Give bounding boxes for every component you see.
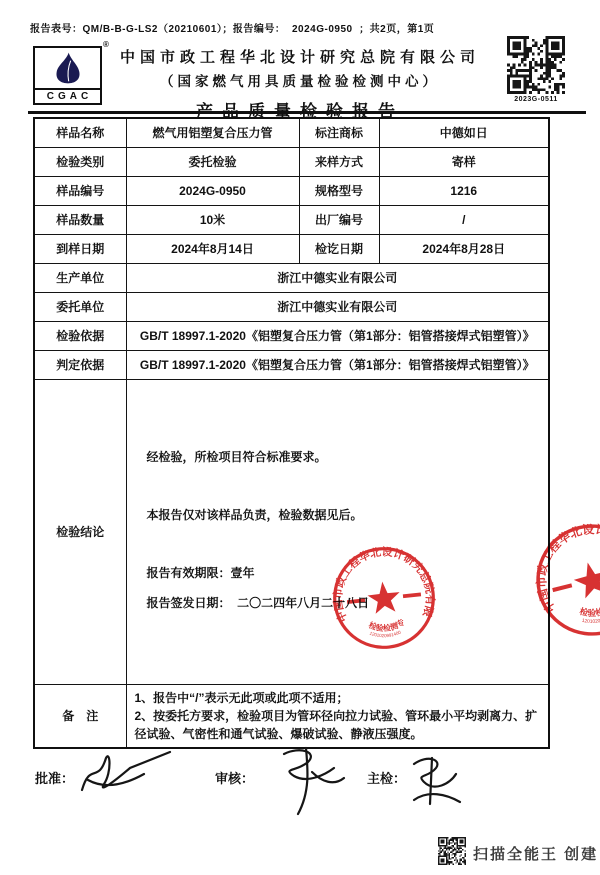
table-row: 样品数量 10米 出厂编号 /: [34, 205, 549, 234]
field-value: 2024年8月28日: [379, 234, 549, 263]
conclusion-scope: 本报告仅对该样品负责，检验数据见后。: [147, 506, 363, 523]
report-form-number-line: 报告表号：QM/B-B-G-LS2（20210601）；报告编号： 2024G-…: [30, 20, 434, 35]
table-row: 检验类别 委托检验 来样方式 寄样: [34, 147, 549, 176]
inspection-report-table: 样品名称 燃气用铝塑复合压力管 标注商标 中德如日 检验类别 委托检验 来样方式…: [33, 117, 550, 749]
camscanner-icon: [438, 837, 466, 865]
approve-signature: [78, 748, 178, 803]
field-label: 规格型号: [299, 176, 379, 205]
table-row: 委托单位 浙江中德实业有限公司: [34, 292, 549, 321]
star-icon: [571, 558, 600, 600]
field-value: /: [379, 205, 549, 234]
remark-note-2: 2、按委托方要求，检验项目为管环径向拉力试验、管环最小平均剥离力、扩径试验、气密…: [135, 707, 541, 743]
field-label: 来样方式: [299, 147, 379, 176]
field-label: 委托单位: [34, 292, 126, 321]
field-label: 样品数量: [34, 205, 126, 234]
field-label: 出厂编号: [299, 205, 379, 234]
inspect-label: 主检：: [367, 768, 406, 787]
review-signature: [268, 744, 356, 819]
official-seal: 中国市政工程华北设计研究总院有限公司 检验检测专用章 1201020991400: [326, 540, 442, 656]
field-label: 判定依据: [34, 350, 126, 379]
field-value: 中德如日: [379, 118, 549, 147]
field-value: 浙江中德实业有限公司: [126, 292, 549, 321]
conclusion-statement: 经检验，所检项目符合标准要求。: [147, 448, 327, 465]
cgac-logo: CGAC: [33, 46, 102, 105]
field-value: GB/T 18997.1-2020《铝塑复合压力管（第1部分：铝管搭接焊式铝塑管…: [126, 350, 549, 379]
header-divider-rule: [28, 111, 586, 114]
field-value: 浙江中德实业有限公司: [126, 263, 549, 292]
table-row: 到样日期 2024年8月14日 检讫日期 2024年8月28日: [34, 234, 549, 263]
remark-cell: 1、报告中“/”表示无此项或此项不适用； 2、按委托方要求，检验项目为管环径向拉…: [126, 684, 549, 748]
scanned-report-page: 报告表号：QM/B-B-G-LS2（20210601）；报告编号： 2024G-…: [0, 0, 600, 875]
field-label: 生产单位: [34, 263, 126, 292]
field-label: 标注商标: [299, 118, 379, 147]
field-value: 委托检验: [126, 147, 299, 176]
field-label: 样品名称: [34, 118, 126, 147]
inspect-signature: [402, 752, 480, 814]
field-label: 样品编号: [34, 176, 126, 205]
report-validity: 报告有效期限：壹年: [147, 564, 255, 581]
remark-note-1: 1、报告中“/”表示无此项或此项不适用；: [135, 689, 541, 707]
field-value: 寄样: [379, 147, 549, 176]
field-value: 1216: [379, 176, 549, 205]
field-label: 检验类别: [34, 147, 126, 176]
report-qr-code: [507, 36, 565, 94]
conclusion-row: 检验结论 经检验，所检项目符合标准要求。 本报告仅对该样品负责，检验数据见后。 …: [34, 379, 549, 684]
remark-label: 备 注: [34, 684, 126, 748]
remark-row: 备 注 1、报告中“/”表示无此项或此项不适用； 2、按委托方要求，检验项目为管…: [34, 684, 549, 748]
table-row: 检验依据 GB/T 18997.1-2020《铝塑复合压力管（第1部分：铝管搭接…: [34, 321, 549, 350]
center-name: （国家燃气用具质量检验检测中心）: [95, 70, 505, 90]
review-label: 审核：: [215, 768, 254, 787]
qr-code-label: 2023G-0511: [500, 96, 572, 103]
field-value: 2024年8月14日: [126, 234, 299, 263]
table-row: 生产单位 浙江中德实业有限公司: [34, 263, 549, 292]
field-label: 到样日期: [34, 234, 126, 263]
table-row: 样品名称 燃气用铝塑复合压力管 标注商标 中德如日: [34, 118, 549, 147]
camscanner-watermark-text: 扫描全能王 创建: [473, 843, 598, 864]
signature-row: 批准： 审核： 主检：: [0, 762, 600, 822]
field-value: 燃气用铝塑复合压力管: [126, 118, 299, 147]
table-row: 判定依据 GB/T 18997.1-2020《铝塑复合压力管（第1部分：铝管搭接…: [34, 350, 549, 379]
field-value: 2024G-0950: [126, 176, 299, 205]
cgac-logo-text: CGAC: [35, 88, 100, 103]
field-label: 检验依据: [34, 321, 126, 350]
field-value: 10米: [126, 205, 299, 234]
field-value: GB/T 18997.1-2020《铝塑复合压力管（第1部分：铝管搭接焊式铝塑管…: [126, 321, 549, 350]
conclusion-label: 检验结论: [34, 379, 126, 684]
flame-icon: [35, 48, 100, 88]
approve-label: 批准：: [35, 768, 74, 787]
field-label: 检讫日期: [299, 234, 379, 263]
table-row: 样品编号 2024G-0950 规格型号 1216: [34, 176, 549, 205]
star-icon: [366, 580, 401, 614]
company-name: 中国市政工程华北设计研究总院有限公司: [95, 46, 505, 67]
